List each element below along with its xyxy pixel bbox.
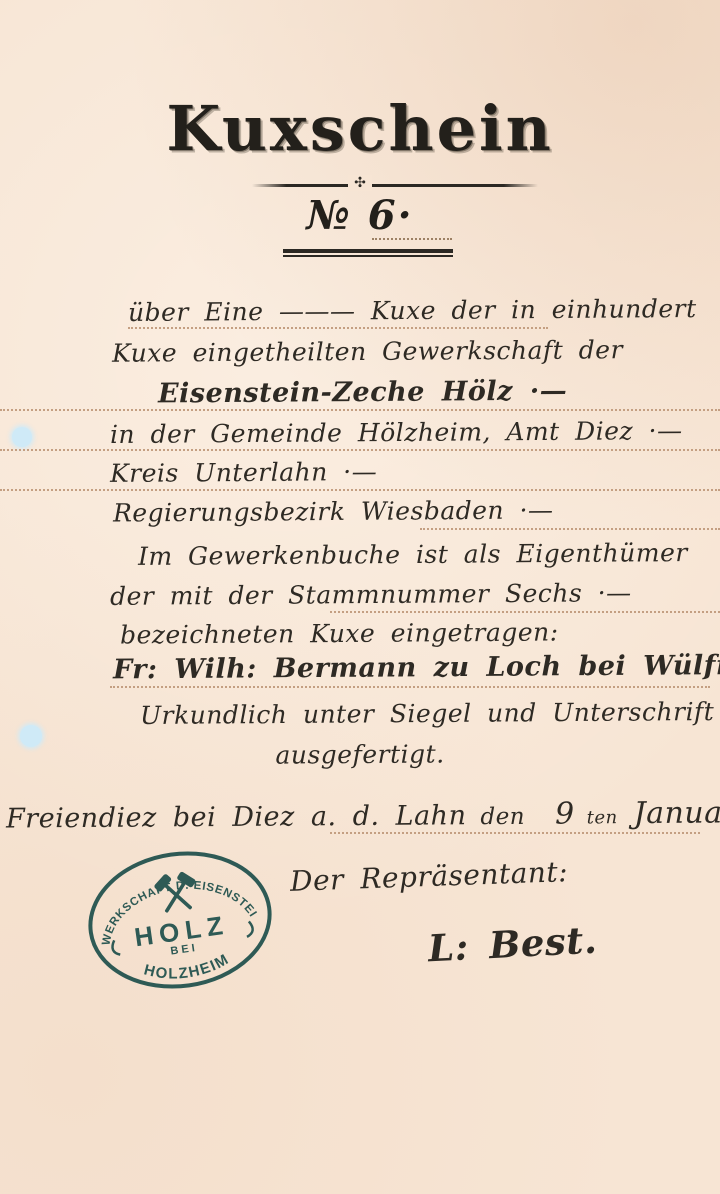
dotted-guide-line: [0, 489, 720, 491]
body-line: der mit der Stammnummer Sechs ·—: [110, 578, 632, 611]
body-line: Kreis Unterlahn ·—: [110, 457, 377, 488]
dotted-guide-line: [372, 238, 452, 240]
number-underline-thin: [283, 255, 453, 257]
body-line: Kuxe eingetheilten Gewerkschaft der: [112, 335, 623, 368]
dotted-guide-line: [110, 686, 710, 688]
dateline-place: Freiendiez bei Diez a. d. Lahn: [6, 800, 467, 834]
punch-hole: [12, 427, 32, 447]
body-line-mine-name: Eisenstein-Zeche Hölz ·—: [158, 376, 567, 410]
number-underline-thick: [283, 249, 453, 253]
dotted-guide-line: [420, 528, 720, 530]
dotted-guide-line: [330, 832, 700, 834]
dotted-guide-line: [330, 611, 720, 613]
body-line: in der Gemeinde Hölzheim, Amt Diez ·—: [110, 416, 683, 449]
company-stamp: DIE GEWERKSCHAFT D. EISENSTEINZECHE HOLZ…: [73, 832, 288, 1008]
body-line: ausgefertigt.: [0, 737, 720, 771]
stamp-svg: DIE GEWERKSCHAFT D. EISENSTEINZECHE HOLZ…: [73, 832, 288, 1008]
dateline-day: 9: [555, 797, 575, 832]
dateline-den: den: [480, 804, 525, 830]
body-line: bezeichneten Kuxe eingetragen:: [120, 617, 559, 649]
dotted-guide-line: [0, 409, 720, 411]
dotted-guide-line: [0, 449, 720, 451]
certificate-number: № 6·: [0, 192, 720, 239]
dateline-month: Januar: [634, 795, 720, 831]
body-line: Urkundlich unter Siegel und Unterschrift: [140, 697, 715, 730]
body-line: Im Gewerkenbuche ist als Eigenthümer: [138, 538, 688, 571]
body-line: über Eine ——— Kuxe der in einhundert: [128, 294, 697, 327]
body-line: Regierungsbezirk Wiesbaden ·—: [113, 495, 554, 527]
certificate-title: Kuxschein: [0, 92, 720, 165]
stamp-flourish-right: [245, 921, 254, 937]
dateline: Freiendiez bei Diez a. d. Lahn den 9 ten…: [6, 796, 714, 836]
dateline-day-suffix: ten: [587, 807, 618, 828]
dotted-guide-line: [128, 327, 548, 329]
stamp-line2: BEI: [170, 942, 199, 958]
body-line-owner-name: Fr: Wilh: Bermann zu Loch bei Wülfrath ·: [113, 650, 720, 686]
representative-label: Der Repräsentant:: [290, 855, 569, 898]
title-ornament-icon: ✣: [0, 175, 720, 191]
signature: L: Best.: [427, 918, 598, 971]
